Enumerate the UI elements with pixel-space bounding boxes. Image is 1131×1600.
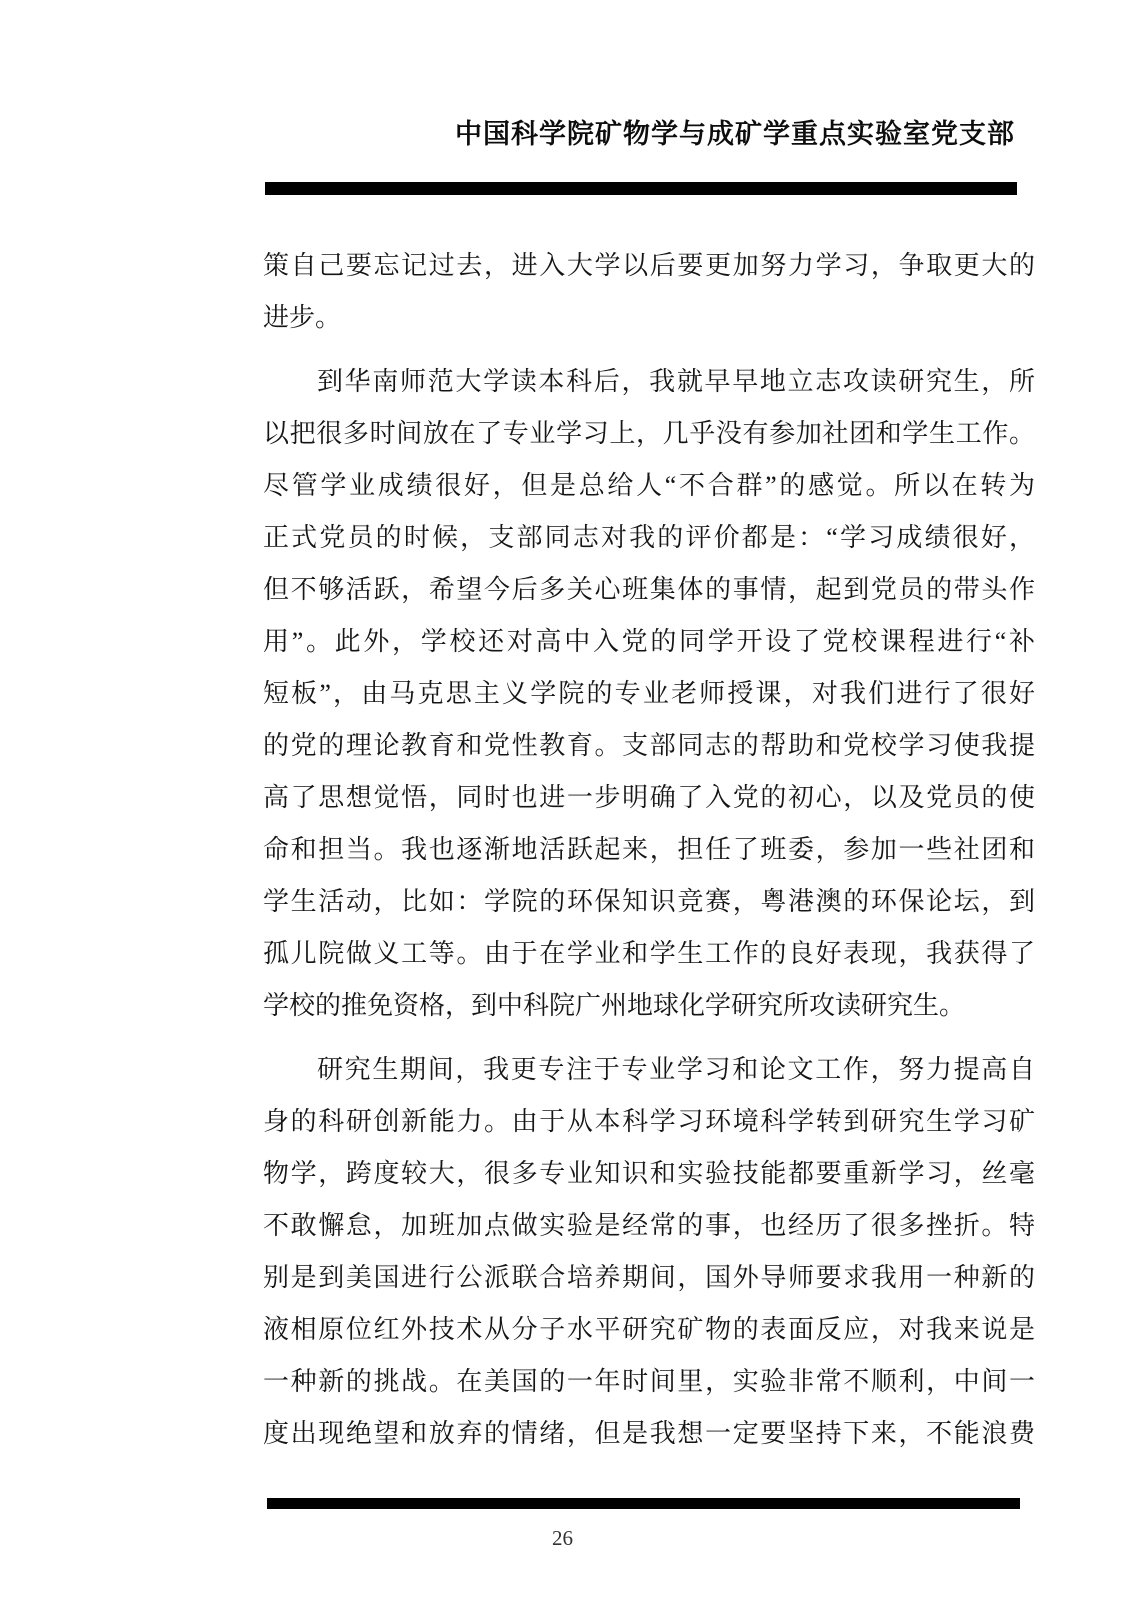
text-line: 学校的推免资格，到中科院广州地球化学研究所攻读研究生。 xyxy=(263,980,1035,1032)
paragraph: 策自己要忘记过去，进入大学以后要更加努力学习，争取更大的进步。 xyxy=(263,240,1035,344)
text-line: 但不够活跃，希望今后多关心班集体的事情，起到党员的带头作 xyxy=(263,564,1035,616)
text-line: 用”。此外，学校还对高中入党的同学开设了党校课程进行“补 xyxy=(263,616,1035,668)
text-line: 别是到美国进行公派联合培养期间，国外导师要求我用一种新的 xyxy=(263,1252,1035,1304)
document-page: 中国科学院矿物学与成矿学重点实验室党支部 策自己要忘记过去，进入大学以后要更加努… xyxy=(0,0,1131,1600)
text-line: 短板”，由马克思主义学院的专业老师授课，对我们进行了很好 xyxy=(263,668,1035,720)
text-line: 孤儿院做义工等。由于在学业和学生工作的良好表现，我获得了 xyxy=(263,928,1035,980)
text-line: 研究生期间，我更专注于专业学习和论文工作，努力提高自 xyxy=(263,1044,1035,1096)
text-line: 物学，跨度较大，很多专业知识和实验技能都要重新学习，丝毫 xyxy=(263,1148,1035,1200)
text-line: 尽管学业成绩很好，但是总给人“不合群”的感觉。所以在转为 xyxy=(263,460,1035,512)
text-line: 的党的理论教育和党性教育。支部同志的帮助和党校学习使我提 xyxy=(263,720,1035,772)
text-line: 进步。 xyxy=(263,292,1035,344)
text-line: 液相原位红外技术从分子水平研究矿物的表面反应，对我来说是 xyxy=(263,1304,1035,1356)
text-line: 度出现绝望和放弃的情绪，但是我想一定要坚持下来，不能浪费 xyxy=(263,1408,1035,1460)
text-line: 不敢懈怠，加班加点做实验是经常的事，也经历了很多挫折。特 xyxy=(263,1200,1035,1252)
text-line: 高了思想觉悟，同时也进一步明确了入党的初心，以及党员的使 xyxy=(263,772,1035,824)
text-line: 学生活动，比如：学院的环保知识竞赛，粤港澳的环保论坛，到 xyxy=(263,876,1035,928)
text-line: 一种新的挑战。在美国的一年时间里，实验非常不顺利，中间一 xyxy=(263,1356,1035,1408)
paragraph: 到华南师范大学读本科后，我就早早地立志攻读研究生，所以把很多时间放在了专业学习上… xyxy=(263,356,1035,1032)
document-body: 策自己要忘记过去，进入大学以后要更加努力学习，争取更大的进步。到华南师范大学读本… xyxy=(263,240,1035,1460)
header-title: 中国科学院矿物学与成矿学重点实验室党支部 xyxy=(455,112,1015,151)
header-rule xyxy=(265,182,1017,195)
text-line: 正式党员的时候，支部同志对我的评价都是：“学习成绩很好， xyxy=(263,512,1035,564)
text-line: 到华南师范大学读本科后，我就早早地立志攻读研究生，所 xyxy=(263,356,1035,408)
text-line: 以把很多时间放在了专业学习上，几乎没有参加社团和学生工作。 xyxy=(263,408,1035,460)
page-number: 26 xyxy=(0,1526,1125,1551)
text-line: 身的科研创新能力。由于从本科学习环境科学转到研究生学习矿 xyxy=(263,1096,1035,1148)
text-line: 命和担当。我也逐渐地活跃起来，担任了班委，参加一些社团和 xyxy=(263,824,1035,876)
paragraph: 研究生期间，我更专注于专业学习和论文工作，努力提高自身的科研创新能力。由于从本科… xyxy=(263,1044,1035,1460)
text-line: 策自己要忘记过去，进入大学以后要更加努力学习，争取更大的 xyxy=(263,240,1035,292)
footer-rule xyxy=(267,1498,1020,1509)
